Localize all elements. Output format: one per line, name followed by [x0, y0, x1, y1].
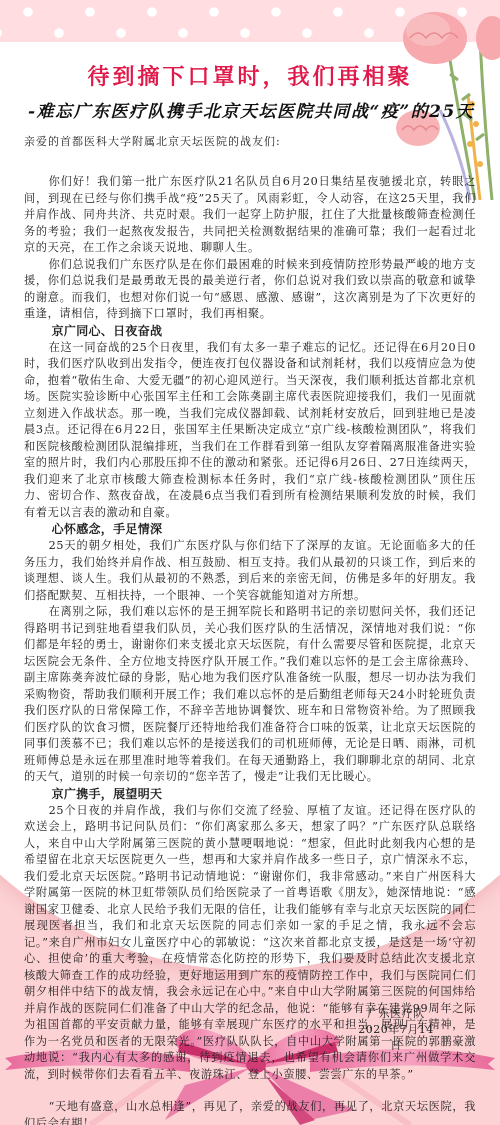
letter-greeting: 亲爱的首都医科大学附属北京天坛医院的战友们:	[24, 133, 281, 149]
intro-paragraph: 你们好！我们第一批广东医疗队21名队员自6月20日集结星夜驰援北京，转眼之间，到…	[24, 174, 476, 257]
section-paragraph: 在离别之际，我们难以忘怀的是王拥军院长和路明书记的亲切慰问关怀，我们还记得路明书…	[24, 604, 476, 786]
closing-paragraph: “天地有盛意，山水总相逢”，再见了，亲爱的战友们，再见了，北京天坛医院，我们后会…	[24, 1099, 476, 1125]
intro-paragraph: 你们总说我们广东医疗队是在你们最困难的时候来到疫情防控形势最严峻的地方支援，你们…	[24, 257, 476, 323]
letter-body: 你们好！我们第一批广东医疗队21名队员自6月20日集结星夜驰援北京，转眼之间，到…	[24, 160, 476, 1125]
section-heading: 心怀感念，手足情深	[24, 521, 476, 538]
signature-org: 广东医疗队	[356, 1006, 436, 1022]
page-subtitle: -难忘广东医疗队携手北京天坛医院共同战“疫”的25天	[28, 97, 498, 122]
signature-date: 2020年7月14日	[356, 1022, 436, 1054]
section-heading: 京广携手，展望明天	[24, 786, 476, 803]
section-paragraph: 25天的朝夕相处，我们广东医疗队与你们结下了深厚的友谊。无论面临多大的任务压力，…	[24, 538, 476, 604]
section-paragraph: 在这一同奋战的25个日夜里，我们有太多一辈子难忘的记忆。还记得在6月20日0时，…	[24, 340, 476, 522]
signature: 广东医疗队 2020年7月14日	[356, 1006, 436, 1054]
page-title: 待到摘下口罩时，我们再相聚	[0, 60, 500, 91]
section-heading: 京广同心、日夜奋战	[24, 323, 476, 340]
